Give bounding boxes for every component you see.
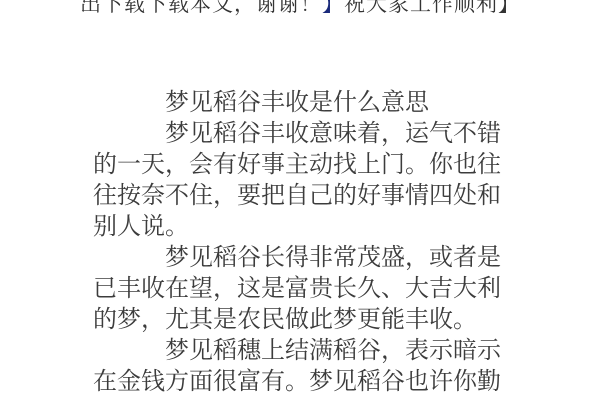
paragraph-line: 梦见稻谷丰收意味着，运气不错: [93, 118, 513, 149]
article-body: 梦见稻谷丰收是什么意思 梦见稻谷丰收意味着，运气不错 的一天，会有好事主动找上门…: [93, 87, 513, 397]
wish-text: 祝大家工作顺利】: [344, 0, 520, 16]
paragraph-line: 往按奈不住，要把自己的好事情四处和: [93, 180, 513, 211]
bracket-mark: 】: [322, 0, 344, 16]
document-page: 出下载下载本文，谢谢！】祝大家工作顺利】 梦见稻谷丰收是什么意思 梦见稻谷丰收意…: [0, 0, 600, 400]
article-title: 梦见稻谷丰收是什么意思: [93, 87, 513, 118]
paragraph-line: 在金钱方面很富有。梦见稻谷也许你勤: [93, 366, 513, 397]
paragraph-line: 梦见稻穗上结满稻谷，表示暗示: [93, 335, 513, 366]
download-notice-text: 出下载下载本文，谢谢！: [80, 0, 322, 16]
paragraph-line: 的一天，会有好事主动找上门。你也往: [93, 149, 513, 180]
header-fragment: 出下载下载本文，谢谢！】祝大家工作顺利】: [80, 0, 520, 16]
paragraph-line: 别人说。: [93, 211, 513, 242]
paragraph-line: 的梦，尤其是农民做此梦更能丰收。: [93, 304, 513, 335]
paragraph-line: 已丰收在望，这是富贵长久、大吉大利: [93, 273, 513, 304]
paragraph-line: 梦见稻谷长得非常茂盛，或者是: [93, 242, 513, 273]
